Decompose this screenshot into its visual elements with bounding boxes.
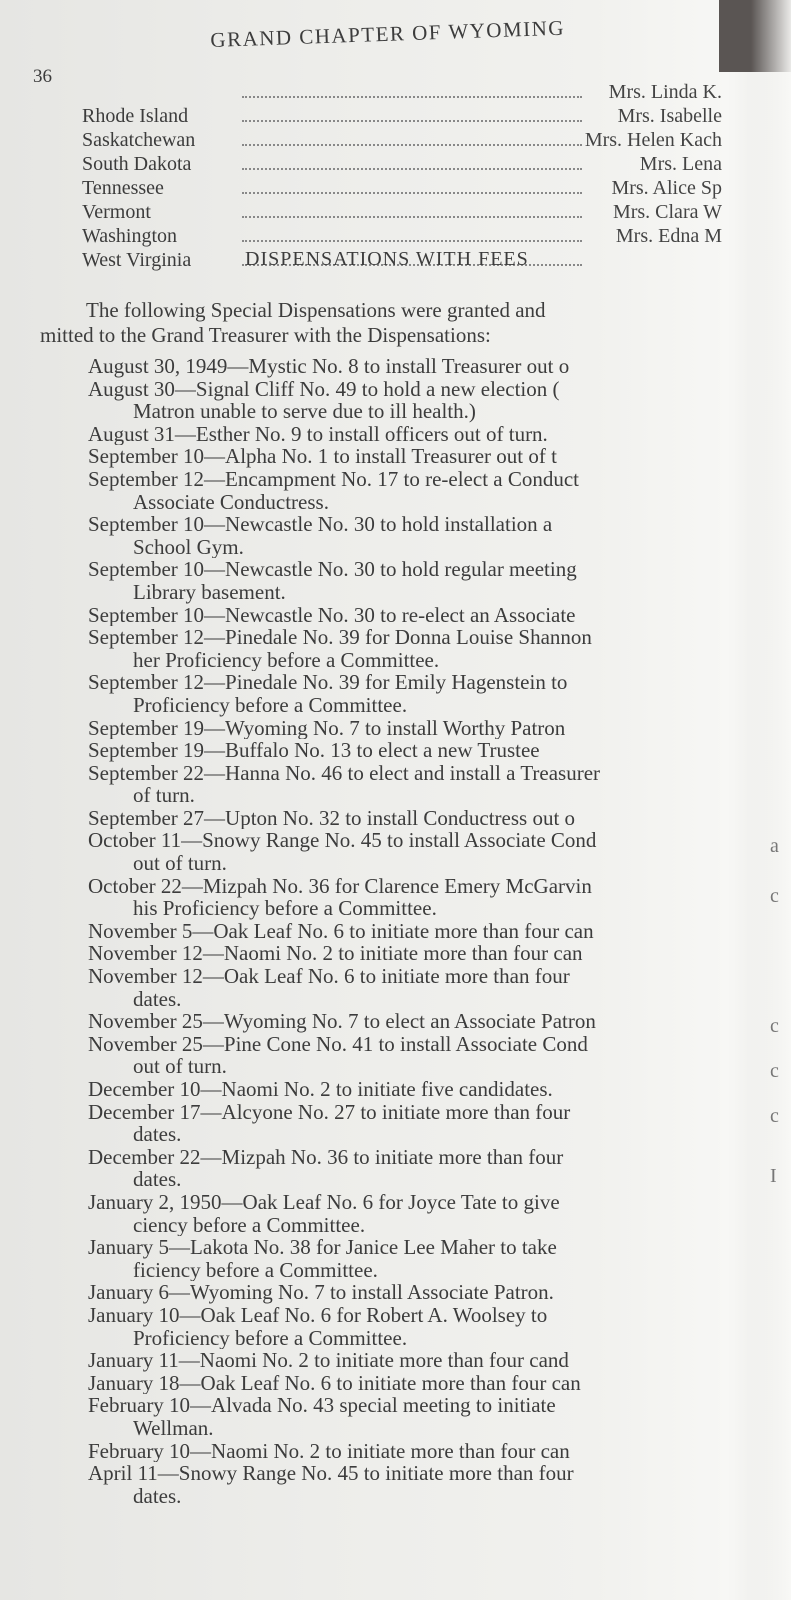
entry-continuation: ficiency before a Committee.: [88, 1259, 748, 1282]
margin-letter: c: [770, 1060, 779, 1083]
state-label: Tennessee: [82, 177, 166, 200]
state-label: Vermont: [82, 201, 153, 224]
dispensation-entry: September 19—Wyoming No. 7 to install Wo…: [88, 717, 748, 740]
dispensation-entry: November 25—Wyoming No. 7 to elect an As…: [88, 1010, 748, 1033]
dispensation-entry: August 30—Signal Cliff No. 49 to hold a …: [88, 378, 748, 423]
leader-dots: [242, 240, 582, 242]
entry-text: September 10—Newcastle No. 30 to hold in…: [88, 513, 552, 536]
dispensation-entry: October 11—Snowy Range No. 45 to install…: [88, 829, 748, 874]
entry-continuation: dates.: [88, 1123, 748, 1146]
entry-continuation: Associate Conductress.: [88, 491, 748, 514]
page-number: 36: [33, 66, 52, 88]
entry-text: November 12—Oak Leaf No. 6 to initiate m…: [88, 965, 570, 988]
leader-dots: [242, 144, 582, 146]
dispensation-entry: January 6—Wyoming No. 7 to install Assoc…: [88, 1281, 748, 1304]
dispensation-entry: February 10—Naomi No. 2 to initiate more…: [88, 1440, 748, 1463]
dispensation-entry: December 17—Alcyone No. 27 to initiate m…: [88, 1101, 748, 1146]
representative-name: Mrs. Lena: [640, 153, 722, 176]
entry-continuation: Proficiency before a Committee.: [88, 1327, 748, 1350]
representative-name: Mrs. Clara W: [613, 201, 722, 224]
representative-name: Mrs. Edna M: [616, 225, 722, 248]
entry-text: January 6—Wyoming No. 7 to install Assoc…: [88, 1281, 554, 1304]
entry-continuation: School Gym.: [88, 536, 748, 559]
margin-letter: c: [770, 885, 779, 908]
entry-text: February 10—Alvada No. 43 special meetin…: [88, 1394, 556, 1417]
representatives-list: Mrs. Linda K.Rhode IslandMrs. IsabelleSa…: [82, 80, 722, 272]
entry-continuation: dates.: [88, 1168, 748, 1191]
entry-text: January 10—Oak Leaf No. 6 for Robert A. …: [88, 1304, 547, 1327]
state-label: South Dakota: [82, 153, 193, 176]
entry-text: November 5—Oak Leaf No. 6 to initiate mo…: [88, 920, 594, 943]
state-label: West Virginia: [82, 249, 193, 272]
entry-continuation: dates.: [88, 1485, 748, 1508]
dispensation-entry: September 22—Hanna No. 46 to elect and i…: [88, 762, 748, 807]
entry-text: December 22—Mizpah No. 36 to initiate mo…: [88, 1146, 563, 1169]
entry-text: August 30—Signal Cliff No. 49 to hold a …: [88, 378, 559, 401]
dispensation-entry: September 10—Newcastle No. 30 to hold re…: [88, 558, 748, 603]
dispensation-entry: September 12—Pinedale No. 39 for Donna L…: [88, 626, 748, 671]
entry-text: September 27—Upton No. 32 to install Con…: [88, 807, 575, 830]
entry-text: January 11—Naomi No. 2 to initiate more …: [88, 1349, 569, 1372]
entry-continuation: out of turn.: [88, 852, 748, 875]
representative-row: South DakotaMrs. Lena: [82, 152, 722, 176]
dispensation-entry: November 25—Pine Cone No. 41 to install …: [88, 1033, 748, 1078]
entry-text: September 10—Newcastle No. 30 to hold re…: [88, 558, 577, 581]
margin-letter: I: [770, 1165, 777, 1188]
entry-continuation: Library basement.: [88, 581, 748, 604]
dispensation-entry: December 10—Naomi No. 2 to initiate five…: [88, 1078, 748, 1101]
representative-row: Rhode IslandMrs. Isabelle: [82, 104, 722, 128]
dispensation-entry: August 31—Esther No. 9 to install office…: [88, 423, 748, 446]
leader-dots: [242, 96, 582, 98]
entry-continuation: Wellman.: [88, 1417, 748, 1440]
entry-text: September 22—Hanna No. 46 to elect and i…: [88, 762, 600, 785]
dispensation-entry: November 12—Naomi No. 2 to initiate more…: [88, 942, 748, 965]
entry-text: November 25—Wyoming No. 7 to elect an As…: [88, 1010, 596, 1033]
dispensation-entry: February 10—Alvada No. 43 special meetin…: [88, 1394, 748, 1439]
entry-continuation: her Proficiency before a Committee.: [88, 649, 748, 672]
dispensation-entry: January 10—Oak Leaf No. 6 for Robert A. …: [88, 1304, 748, 1349]
state-label: Rhode Island: [82, 105, 190, 128]
entry-text: November 12—Naomi No. 2 to initiate more…: [88, 942, 583, 965]
entry-continuation: Matron unable to serve due to ill health…: [88, 400, 748, 423]
representative-name: Mrs. Linda K.: [609, 81, 722, 104]
representative-row: TennesseeMrs. Alice Sp: [82, 176, 722, 200]
dispensation-entry: November 12—Oak Leaf No. 6 to initiate m…: [88, 965, 748, 1010]
dispensation-entry: September 10—Alpha No. 1 to install Trea…: [88, 445, 748, 468]
margin-letter: a: [770, 835, 779, 858]
dispensation-entry: January 11—Naomi No. 2 to initiate more …: [88, 1349, 748, 1372]
entry-text: September 10—Alpha No. 1 to install Trea…: [88, 445, 557, 468]
section-intro: The following Special Dispensations were…: [40, 298, 740, 348]
entry-continuation: of turn.: [88, 784, 748, 807]
entry-text: December 10—Naomi No. 2 to initiate five…: [88, 1078, 553, 1101]
dispensation-entry: December 22—Mizpah No. 36 to initiate mo…: [88, 1146, 748, 1191]
dispensation-entry: September 19—Buffalo No. 13 to elect a n…: [88, 739, 748, 762]
entry-text: September 19—Wyoming No. 7 to install Wo…: [88, 717, 565, 740]
entry-continuation: Proficiency before a Committee.: [88, 694, 748, 717]
dispensation-entry: September 12—Pinedale No. 39 for Emily H…: [88, 671, 748, 716]
representative-row: WashingtonMrs. Edna M: [82, 224, 722, 248]
entry-text: February 10—Naomi No. 2 to initiate more…: [88, 1440, 570, 1463]
entry-text: January 5—Lakota No. 38 for Janice Lee M…: [88, 1236, 557, 1259]
leader-dots: [242, 216, 582, 218]
section-title: DISPENSATIONS WITH FEES: [245, 248, 529, 271]
book-page: 36 GRAND CHAPTER OF WYOMING Mrs. Linda K…: [0, 0, 791, 1600]
entry-text: December 17—Alcyone No. 27 to initiate m…: [88, 1101, 570, 1124]
dispensation-entry: January 2, 1950—Oak Leaf No. 6 for Joyce…: [88, 1191, 748, 1236]
entry-text: April 11—Snowy Range No. 45 to initiate …: [88, 1462, 574, 1485]
entry-text: October 11—Snowy Range No. 45 to install…: [88, 829, 596, 852]
intro-line-2: mitted to the Grand Treasurer with the D…: [40, 323, 740, 348]
entry-text: August 31—Esther No. 9 to install office…: [88, 423, 548, 446]
entry-text: January 18—Oak Leaf No. 6 to initiate mo…: [88, 1372, 581, 1395]
dispensation-entry: September 10—Newcastle No. 30 to hold in…: [88, 513, 748, 558]
representative-name: Mrs. Helen Kach: [585, 129, 722, 152]
entry-text: September 19—Buffalo No. 13 to elect a n…: [88, 739, 540, 762]
running-head: GRAND CHAPTER OF WYOMING: [210, 16, 565, 53]
leader-dots: [242, 168, 582, 170]
entry-continuation: dates.: [88, 988, 748, 1011]
entry-text: August 30, 1949—Mystic No. 8 to install …: [88, 355, 569, 378]
dispensation-entry: January 18—Oak Leaf No. 6 to initiate mo…: [88, 1372, 748, 1395]
representative-row: VermontMrs. Clara W: [82, 200, 722, 224]
margin-letter: c: [770, 1015, 779, 1038]
dispensation-entry: September 12—Encampment No. 17 to re-ele…: [88, 468, 748, 513]
dispensation-entry: August 30, 1949—Mystic No. 8 to install …: [88, 355, 748, 378]
representative-row: SaskatchewanMrs. Helen Kach: [82, 128, 722, 152]
representative-name: Mrs. Alice Sp: [611, 177, 722, 200]
representative-name: Mrs. Isabelle: [618, 105, 722, 128]
representative-row: Mrs. Linda K.: [82, 80, 722, 104]
entry-text: November 25—Pine Cone No. 41 to install …: [88, 1033, 588, 1056]
dispensations-list: August 30, 1949—Mystic No. 8 to install …: [88, 355, 748, 1507]
dispensation-entry: April 11—Snowy Range No. 45 to initiate …: [88, 1462, 748, 1507]
intro-line-1: The following Special Dispensations were…: [40, 298, 740, 323]
entry-text: September 12—Pinedale No. 39 for Donna L…: [88, 626, 592, 649]
dispensation-entry: January 5—Lakota No. 38 for Janice Lee M…: [88, 1236, 748, 1281]
entry-continuation: out of turn.: [88, 1055, 748, 1078]
margin-letter: c: [770, 1105, 779, 1128]
page-fold-highlight: [751, 0, 791, 1600]
entry-text: January 2, 1950—Oak Leaf No. 6 for Joyce…: [88, 1191, 560, 1214]
dispensation-entry: September 10—Newcastle No. 30 to re-elec…: [88, 604, 748, 627]
leader-dots: [242, 192, 582, 194]
dispensation-entry: September 27—Upton No. 32 to install Con…: [88, 807, 748, 830]
state-label: Saskatchewan: [82, 129, 197, 152]
dispensation-entry: October 22—Mizpah No. 36 for Clarence Em…: [88, 875, 748, 920]
entry-continuation: ciency before a Committee.: [88, 1214, 748, 1237]
entry-text: September 10—Newcastle No. 30 to re-elec…: [88, 604, 576, 627]
entry-text: September 12—Pinedale No. 39 for Emily H…: [88, 671, 567, 694]
entry-text: October 22—Mizpah No. 36 for Clarence Em…: [88, 875, 592, 898]
dispensation-entry: November 5—Oak Leaf No. 6 to initiate mo…: [88, 920, 748, 943]
entry-text: September 12—Encampment No. 17 to re-ele…: [88, 468, 579, 491]
entry-continuation: his Proficiency before a Committee.: [88, 897, 748, 920]
leader-dots: [242, 120, 582, 122]
state-label: Washington: [82, 225, 179, 248]
